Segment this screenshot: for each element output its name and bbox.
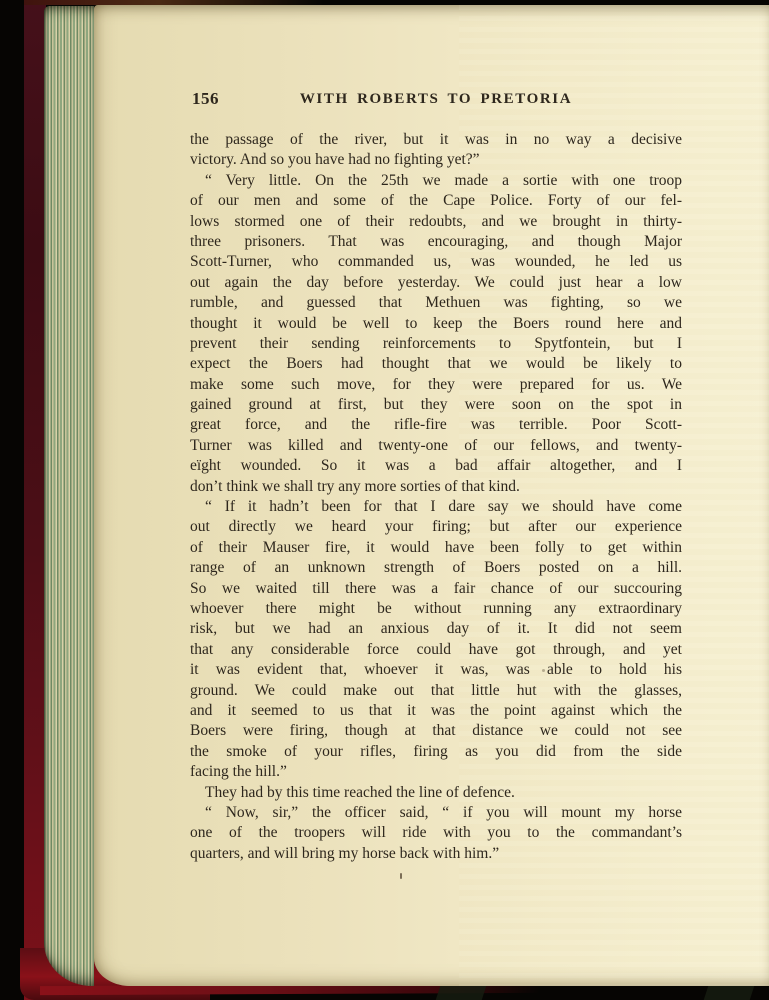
book-cover-top-edge: [24, 0, 324, 5]
text-line: gained ground at first, but they were so…: [190, 395, 682, 415]
text-line: Turner was killed and twenty-one of our …: [190, 436, 682, 456]
ink-speck: [400, 873, 402, 879]
book-page: 156 WITH ROBERTS TO PRETORIA the passage…: [94, 5, 769, 986]
text-line: prevent their sending reinforcements to …: [190, 334, 682, 354]
page-body: the passage of the river, but it was in …: [190, 130, 682, 864]
text-line: So we waited till there was a fair chanc…: [190, 579, 682, 599]
text-line: Boers were firing, though at that distan…: [190, 721, 682, 741]
page-header: 156 WITH ROBERTS TO PRETORIA: [190, 89, 682, 111]
text-line: that any considerable force could have g…: [190, 640, 682, 660]
book-cover-left-edge: [24, 0, 46, 1000]
paragraph: the passage of the river, but it was in …: [190, 130, 682, 171]
text-line: range of an unknown strength of Boers po…: [190, 558, 682, 578]
text-line: three prisoners. That was encouraging, a…: [190, 232, 682, 252]
running-title: WITH ROBERTS TO PRETORIA: [190, 89, 682, 108]
text-line: ground. We could make out that little hu…: [190, 681, 682, 701]
binding-shadow: [704, 986, 755, 1000]
text-line: facing the hill.”: [190, 762, 682, 782]
paragraph: “ If it hadn’t been for that I dare say …: [190, 497, 682, 782]
binding-shadow: [436, 986, 487, 1000]
text-line: out again the day before yesterday. We c…: [190, 273, 682, 293]
text-line: victory. And so you have had no fighting…: [190, 150, 682, 170]
text-line: of our men and some of the Cape Police. …: [190, 191, 682, 211]
text-line: “ If it hadn’t been for that I dare say …: [190, 497, 682, 517]
page-number: 156: [192, 89, 219, 109]
paragraph: “ Now, sir,” the officer said, “ if you …: [190, 803, 682, 864]
text-line: “ Now, sir,” the officer said, “ if you …: [190, 803, 682, 823]
text-line: one of the troopers will ride with you t…: [190, 823, 682, 843]
text-line: it was evident that, whoever it was, was…: [190, 660, 682, 680]
text-line: out directly we heard your firing; but a…: [190, 517, 682, 537]
text-line: lows stormed one of their redoubts, and …: [190, 212, 682, 232]
page-content: 156 WITH ROBERTS TO PRETORIA the passage…: [190, 89, 682, 864]
text-line: the smoke of your rifles, firing as you …: [190, 742, 682, 762]
ink-speck: [542, 669, 545, 672]
text-line: quarters, and will bring my horse back w…: [190, 844, 682, 864]
book-scan: 156 WITH ROBERTS TO PRETORIA the passage…: [0, 0, 769, 1000]
text-line: They had by this time reached the line o…: [190, 783, 682, 803]
paragraph: “ Very little. On the 25th we made a sor…: [190, 171, 682, 497]
text-line: Scott-Turner, who commanded us, was woun…: [190, 252, 682, 272]
text-line: risk, but we had an anxious day of it. I…: [190, 619, 682, 639]
text-line: don’t think we shall try any more sortie…: [190, 477, 682, 497]
text-line: and it seemed to us that it was the poin…: [190, 701, 682, 721]
text-line: great force, and the rifle-fire was terr…: [190, 415, 682, 435]
text-line: “ Very little. On the 25th we made a sor…: [190, 171, 682, 191]
text-line: eïght wounded. So it was a bad affair al…: [190, 456, 682, 476]
text-line: thought it would be well to keep the Boe…: [190, 314, 682, 334]
paragraph: They had by this time reached the line o…: [190, 783, 682, 803]
text-line: whoever there might be without running a…: [190, 599, 682, 619]
text-line: the passage of the river, but it was in …: [190, 130, 682, 150]
text-line: make some such move, for they were prepa…: [190, 375, 682, 395]
text-line: of their Mauser fire, it would have been…: [190, 538, 682, 558]
text-line: expect the Boers had thought that we wou…: [190, 354, 682, 374]
text-line: rumble, and guessed that Methuen was fig…: [190, 293, 682, 313]
page-stack-fore-edge: [44, 6, 94, 986]
